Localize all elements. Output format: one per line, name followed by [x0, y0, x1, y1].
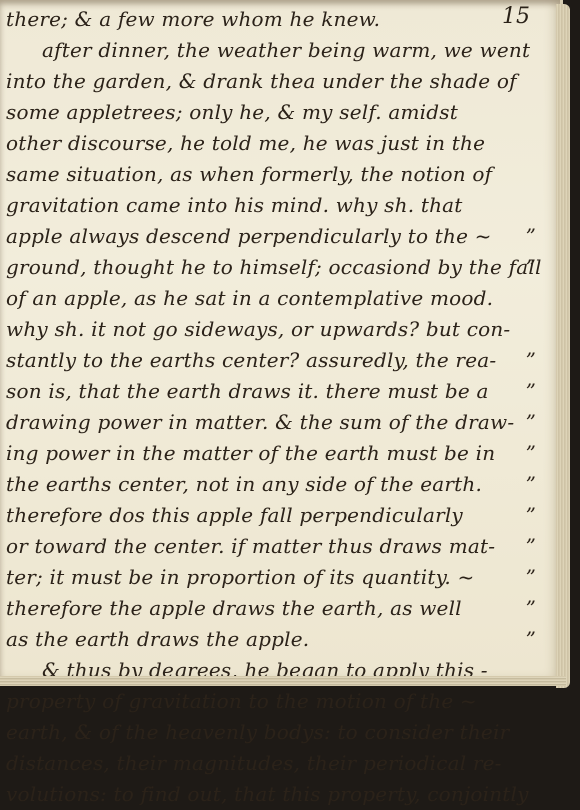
text-line: after dinner, the weather being warm, we…	[6, 35, 546, 66]
line-text: some appletrees; only he, & my self. ami…	[6, 100, 458, 124]
line-text: or toward the center. if matter thus dra…	[6, 534, 495, 558]
line-text: son is, that the earth draws it. there m…	[6, 379, 489, 403]
manuscript-page: 15 there; & a few more whom he knew.afte…	[0, 0, 563, 680]
margin-quote-mark: ”	[526, 376, 536, 407]
line-text: therefore dos this apple fall perpendicu…	[6, 503, 463, 527]
text-line: ing power in the matter of the earth mus…	[6, 438, 546, 469]
handwritten-text: there; & a few more whom he knew.after d…	[6, 4, 546, 700]
line-text: drawing power in matter. & the sum of th…	[6, 410, 514, 434]
line-text: therefore the apple draws the earth, as …	[6, 596, 462, 620]
margin-quote-mark: ”	[526, 252, 536, 283]
page-edge-right	[556, 4, 570, 688]
text-line: property of gravitation to the motion of…	[6, 686, 546, 700]
page-edge-bottom	[0, 676, 566, 686]
text-line: as the earth draws the apple.”	[6, 624, 546, 655]
text-line: apple always descend perpendicularly to …	[6, 221, 546, 252]
line-text: there; & a few more whom he knew.	[6, 7, 380, 31]
line-text: as the earth draws the apple.	[6, 627, 309, 651]
line-text: after dinner, the weather being warm, we…	[42, 38, 530, 62]
margin-quote-mark: ”	[526, 531, 536, 562]
text-line: gravitation came into his mind. why sh. …	[6, 190, 546, 221]
margin-quote-mark: ”	[526, 624, 536, 655]
margin-quote-mark: ”	[526, 221, 536, 252]
text-line: therefore the apple draws the earth, as …	[6, 593, 546, 624]
margin-quote-mark: ”	[526, 562, 536, 593]
text-line: ter; it must be in proportion of its qua…	[6, 562, 546, 593]
text-line: same situation, as when formerly, the no…	[6, 159, 546, 190]
text-line: into the garden, & drank thea under the …	[6, 66, 546, 97]
text-line: other discourse, he told me, he was just…	[6, 128, 546, 159]
margin-quote-mark: ”	[526, 407, 536, 438]
text-line: therefore dos this apple fall perpendicu…	[6, 500, 546, 531]
margin-quote-mark: ”	[526, 469, 536, 500]
text-line: son is, that the earth draws it. there m…	[6, 376, 546, 407]
text-line: or toward the center. if matter thus dra…	[6, 531, 546, 562]
text-line: why sh. it not go sideways, or upwards? …	[6, 314, 546, 345]
line-text: stantly to the earths center? assuredly,…	[6, 348, 496, 372]
margin-quote-mark: ”	[526, 500, 536, 531]
line-text: ground, thought he to himself; occasiond…	[6, 255, 542, 279]
line-text: into the garden, & drank thea under the …	[6, 69, 517, 93]
line-text: same situation, as when formerly, the no…	[6, 162, 492, 186]
line-text: property of gravitation to the motion of…	[6, 689, 477, 700]
text-line: of an apple, as he sat in a contemplativ…	[6, 283, 546, 314]
text-line: some appletrees; only he, & my self. ami…	[6, 97, 546, 128]
line-text: why sh. it not go sideways, or upwards? …	[6, 317, 510, 341]
text-line: the earths center, not in any side of th…	[6, 469, 546, 500]
line-text: of an apple, as he sat in a contemplativ…	[6, 286, 493, 310]
text-line: ground, thought he to himself; occasiond…	[6, 252, 546, 283]
text-line: there; & a few more whom he knew.	[6, 4, 546, 35]
text-line: drawing power in matter. & the sum of th…	[6, 407, 546, 438]
text-line: stantly to the earths center? assuredly,…	[6, 345, 546, 376]
line-text: other discourse, he told me, he was just…	[6, 131, 485, 155]
line-text: the earths center, not in any side of th…	[6, 472, 482, 496]
line-text: ter; it must be in proportion of its qua…	[6, 565, 475, 589]
line-text: apple always descend perpendicularly to …	[6, 224, 492, 248]
margin-quote-mark: ”	[526, 438, 536, 469]
margin-quote-mark: ”	[526, 593, 536, 624]
line-text: ing power in the matter of the earth mus…	[6, 441, 495, 465]
line-text: gravitation came into his mind. why sh. …	[6, 193, 463, 217]
margin-quote-mark: ”	[526, 345, 536, 376]
